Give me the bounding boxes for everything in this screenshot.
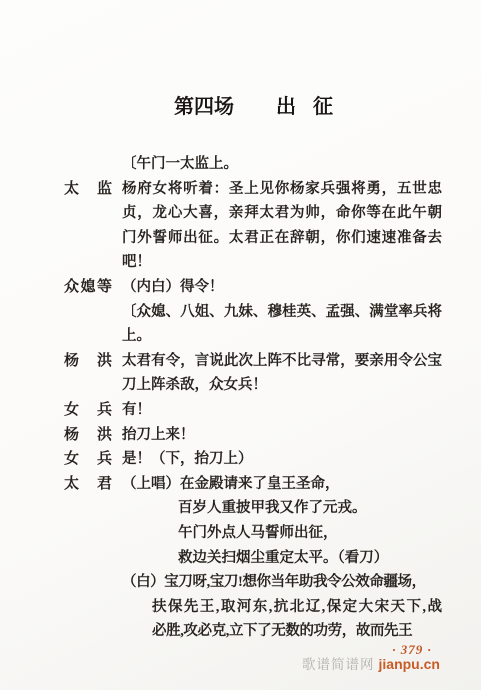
dialogue-row: 门外誓师出征。太君正在辞朝，你们速速准备去 — [64, 226, 442, 251]
speaker-name: 杨洪 — [64, 349, 112, 374]
dialogue-row: 刀上阵杀敌，众女兵！ — [64, 373, 442, 398]
dialogue-line: （上唱）在金殿请来了皇王圣命， — [122, 472, 442, 497]
dialogue-line: （白）宝刀呀,宝刀!想你当年助我令公效命疆场， — [122, 570, 442, 595]
dialogue-line: 有！ — [122, 398, 442, 423]
dialogue-row: 午门外点人马誓师出征， — [64, 521, 442, 546]
dialogue-line: 必胜,攻必克,立下了无数的功劳，故而先王 — [122, 619, 442, 644]
speaker-name: 杨洪 — [64, 423, 112, 448]
dialogue-row: 贞，龙心大喜，亲拜太君为帅，命你等在此午朝 — [64, 201, 442, 226]
script-body: 〔午门一太监上。 太监 杨府女将听着：圣上见你杨家兵强将勇，五世忠 贞，龙心大喜… — [64, 152, 442, 644]
speaker-name: 太君 — [64, 472, 112, 497]
dialogue-line: （内白）得令！ — [122, 275, 442, 300]
script-page: 第四场 出征 〔午门一太监上。 太监 杨府女将听着：圣上见你杨家兵强将勇，五世忠… — [0, 0, 481, 690]
scene-number: 第四场 — [174, 90, 234, 119]
dialogue-row: 上。 — [64, 324, 442, 349]
dialogue-line: 杨府女将听着：圣上见你杨家兵强将勇，五世忠 — [122, 177, 442, 202]
dialogue-row: 必胜,攻必克,立下了无数的功劳，故而先王 — [64, 619, 442, 644]
speaker-name: 女兵 — [64, 447, 112, 472]
verse-line: 百岁人重披甲我又作了元戎。 — [122, 496, 442, 521]
verse-line: 午门外点人马誓师出征， — [122, 521, 442, 546]
dialogue-row: 救边关扫烟尘重定太平。（看刀） — [64, 546, 442, 571]
page-title: 第四场 出征 — [174, 90, 350, 119]
dialogue-row: 女兵 是！（下，抬刀上） — [64, 447, 442, 472]
speaker-name: 太监 — [64, 177, 112, 202]
stage-direction: 〔众媳、八姐、九妹、穆桂英、孟强、满堂率兵将 — [122, 300, 442, 325]
stage-direction-row: 〔午门一太监上。 — [64, 152, 442, 177]
dialogue-line: 贞，龙心大喜，亲拜太君为帅，命你等在此午朝 — [122, 201, 442, 226]
dialogue-row: 杨洪 抬刀上来！ — [64, 423, 442, 448]
dialogue-line: 门外誓师出征。太君正在辞朝，你们速速准备去 — [122, 226, 442, 251]
watermark: 歌谱简谱网jianpu.cn — [302, 653, 440, 673]
dialogue-row: 百岁人重披甲我又作了元戎。 — [64, 496, 442, 521]
dialogue-row: 扶保先王,取河东,抗北辽,保定大宋天下,战 — [64, 595, 442, 620]
dialogue-line: 扶保先王,取河东,抗北辽,保定大宋天下,战 — [122, 595, 442, 620]
dialogue-row: 〔众媳、八姐、九妹、穆桂英、孟强、满堂率兵将 — [64, 300, 442, 325]
dialogue-row: 女兵 有！ — [64, 398, 442, 423]
dialogue-line: 抬刀上来！ — [122, 423, 442, 448]
speaker-name: 女兵 — [64, 398, 112, 423]
watermark-site-name: 歌谱简谱网 — [302, 657, 375, 672]
watermark-site-url: jianpu.cn — [379, 656, 440, 672]
dialogue-row: 吧！ — [64, 250, 442, 275]
stage-direction: 上。 — [122, 324, 442, 349]
dialogue-line: 刀上阵杀敌，众女兵！ — [122, 373, 442, 398]
dialogue-row: 太君 （上唱）在金殿请来了皇王圣命， — [64, 472, 442, 497]
verse-line: 救边关扫烟尘重定太平。（看刀） — [122, 546, 442, 571]
dialogue-row: 杨洪 太君有令，言说此次上阵不比寻常，要亲用令公宝 — [64, 349, 442, 374]
speaker-name: 众媳等 — [64, 275, 112, 300]
dialogue-row: 太监 杨府女将听着：圣上见你杨家兵强将勇，五世忠 — [64, 177, 442, 202]
scene-name: 出征 — [276, 90, 350, 119]
stage-direction: 〔午门一太监上。 — [122, 152, 442, 177]
dialogue-line: 吧！ — [122, 250, 442, 275]
dialogue-row: 众媳等 （内白）得令！ — [64, 275, 442, 300]
dialogue-line: 太君有令，言说此次上阵不比寻常，要亲用令公宝 — [122, 349, 442, 374]
dialogue-line: 是！（下，抬刀上） — [122, 447, 442, 472]
dialogue-row: （白）宝刀呀,宝刀!想你当年助我令公效命疆场， — [64, 570, 442, 595]
